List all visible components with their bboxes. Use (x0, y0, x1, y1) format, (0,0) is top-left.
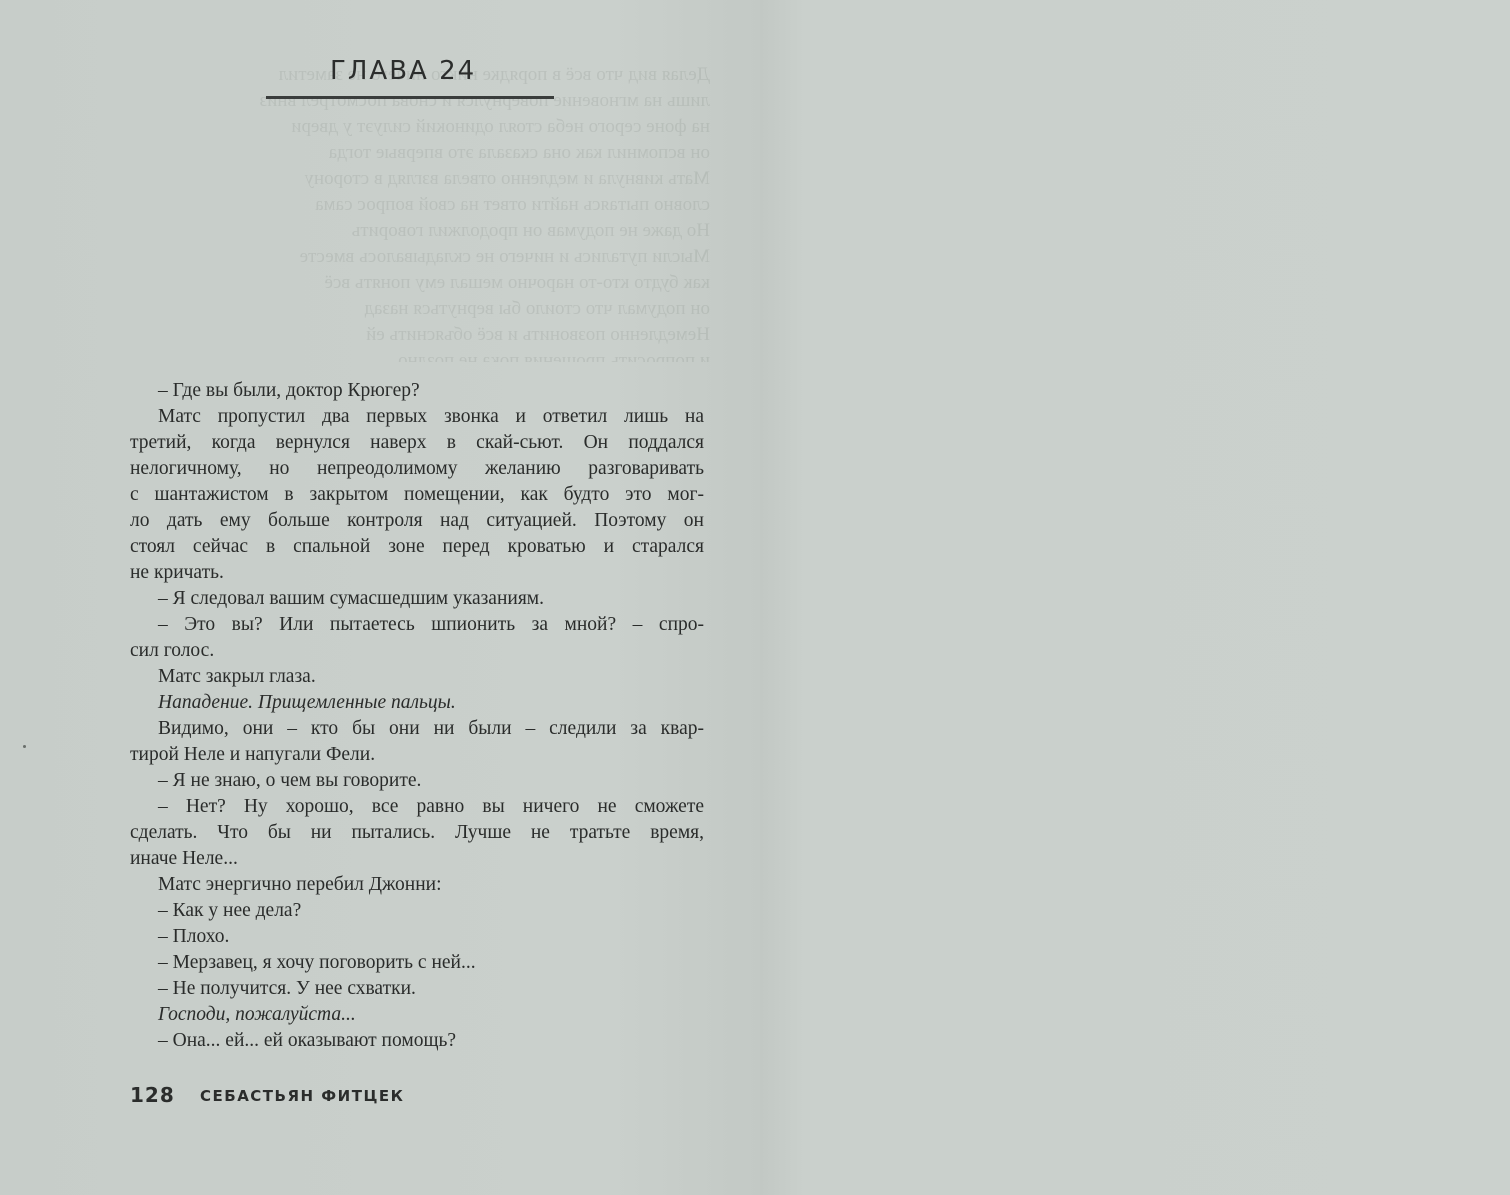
text-line: – Она... ей... ей оказывают помощь? (130, 1028, 704, 1054)
left-page: Делая вид что всё в порядке никто ничего… (0, 0, 760, 1195)
text-line: – Мерзавец, я хочу поговорить с ней... (130, 950, 704, 976)
italic-thought-line: Господи, пожалуйста... (130, 1002, 704, 1028)
text-line: сил голос. (130, 638, 704, 664)
text-line: – Я следовал вашим сумасшедшим указаниям… (130, 586, 704, 612)
text-line: тирой Неле и напугали Фели. (130, 742, 704, 768)
text-line: Матс энергично перебил Джонни: (130, 872, 704, 898)
text-line: Матс закрыл глаза. (130, 664, 704, 690)
text-line: – Нет? Ну хорошо, все равно вы ничего не… (130, 794, 704, 820)
left-page-body: – Где вы были, доктор Крюгер?Матс пропус… (130, 378, 704, 1054)
text-line: – Я не знаю, о чем вы говорите. (130, 768, 704, 794)
text-line: нелогичному, но непреодолимому желанию р… (130, 456, 704, 482)
text-line: – Как у нее дела? (130, 898, 704, 924)
text-line: Видимо, они – кто бы они ни были – следи… (130, 716, 704, 742)
running-head-author: СЕБАСТЬЯН ФИТЦЕК (200, 1087, 404, 1105)
text-line: – Где вы были, доктор Крюгер? (130, 378, 704, 404)
text-line: – Не получится. У нее схватки. (130, 976, 704, 1002)
text-line: – Это вы? Или пытаетесь шпионить за мной… (130, 612, 704, 638)
text-line: с шантажистом в закрытом помещении, как … (130, 482, 704, 508)
page-number-left: 128 (130, 1083, 175, 1107)
text-line: ло дать ему больше контроля над ситуацие… (130, 508, 704, 534)
chapter-title: ГЛАВА 24 (330, 56, 476, 86)
text-line: не кричать. (130, 560, 704, 586)
text-line: иначе Неле... (130, 846, 704, 872)
dust-speck (23, 745, 26, 748)
bleed-through-text: Делая вид что всё в порядке никто ничего… (120, 62, 710, 362)
text-line: сделать. Что бы ни пытались. Лучше не тр… (130, 820, 704, 846)
right-page: – Она не одна, если вы это хотите знать.… (760, 0, 1510, 1195)
book-spread: Делая вид что всё в порядке никто ничего… (0, 0, 1510, 1195)
chapter-rule-divider (266, 96, 554, 99)
text-line: – Плохо. (130, 924, 704, 950)
text-line: третий, когда вернулся наверх в скай-сью… (130, 430, 704, 456)
text-line: стоял сейчас в спальной зоне перед крова… (130, 534, 704, 560)
italic-thought-line: Нападение. Прищемленные пальцы. (130, 690, 704, 716)
text-line: Матс пропустил два первых звонка и ответ… (130, 404, 704, 430)
